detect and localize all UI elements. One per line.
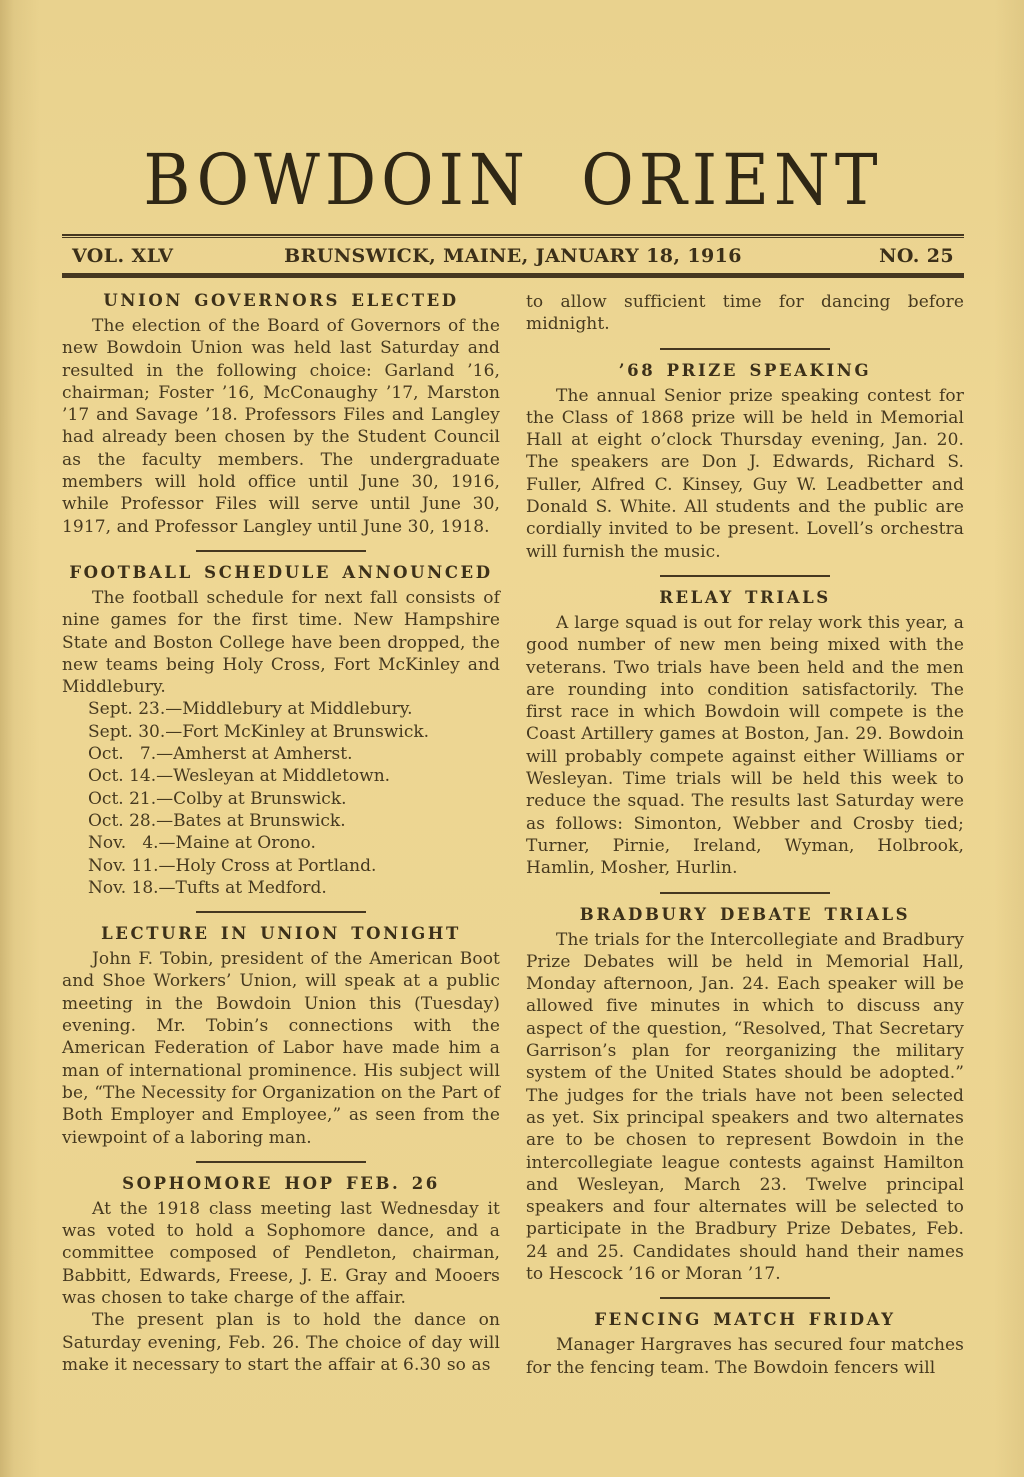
article-paragraph: The present plan is to hold the dance on… <box>62 1309 500 1376</box>
newspaper-page: BOWDOIN ORIENT VOL. XLV BRUNSWICK, MAINE… <box>0 0 1024 1477</box>
article-paragraph: The trials for the Intercollegiate and B… <box>526 929 964 1286</box>
article-divider <box>660 1297 830 1299</box>
article-sophomore-hop-feb-26: SOPHOMORE HOP FEB. 26At the 1918 class m… <box>62 1174 500 1376</box>
article-divider <box>660 575 830 577</box>
article-paragraph: At the 1918 class meeting last Wednesday… <box>62 1198 500 1309</box>
schedule-item: Oct. 21.—Colby at Brunswick. <box>62 788 500 810</box>
article-paragraph: A large squad is out for relay work this… <box>526 612 964 880</box>
schedule-item: Nov. 4.—Maine at Orono. <box>62 832 500 854</box>
schedule-item: Nov. 18.—Tufts at Medford. <box>62 877 500 899</box>
article-paragraph: The election of the Board of Governors o… <box>62 315 500 538</box>
schedule-item: Oct. 28.—Bates at Brunswick. <box>62 810 500 832</box>
volume-label: VOL. XLV <box>72 245 173 267</box>
article-heading: FENCING MATCH FRIDAY <box>526 1310 964 1329</box>
article-divider <box>196 550 366 552</box>
article-heading: FOOTBALL SCHEDULE ANNOUNCED <box>62 563 500 582</box>
article-relay-trials: RELAY TRIALSA large squad is out for rel… <box>526 588 964 880</box>
article-divider <box>660 892 830 894</box>
article-football-schedule-announced: FOOTBALL SCHEDULE ANNOUNCEDThe football … <box>62 563 500 899</box>
article-paragraph: The annual Senior prize speaking contest… <box>526 385 964 563</box>
article-sophomore-hop-continuation: to allow sufficient time for dancing bef… <box>526 291 964 336</box>
article-divider <box>196 1161 366 1163</box>
article-bradbury-debate-trials: BRADBURY DEBATE TRIALSThe trials for the… <box>526 905 964 1286</box>
article-lecture-in-union-tonight: LECTURE IN UNION TONIGHTJohn F. Tobin, p… <box>62 924 500 1149</box>
article-paragraph: Manager Hargraves has secured four match… <box>526 1334 964 1379</box>
schedule-item: Nov. 11.—Holy Cross at Portland. <box>62 855 500 877</box>
schedule-item: Oct. 14.—Wesleyan at Middletown. <box>62 765 500 787</box>
schedule-item: Oct. 7.—Amherst at Amherst. <box>62 743 500 765</box>
article-68-prize-speaking: ’68 PRIZE SPEAKINGThe annual Senior priz… <box>526 361 964 563</box>
article-heading: RELAY TRIALS <box>526 588 964 607</box>
article-heading: BRADBURY DEBATE TRIALS <box>526 905 964 924</box>
right-column: to allow sufficient time for dancing bef… <box>526 291 964 1379</box>
article-heading: LECTURE IN UNION TONIGHT <box>62 924 500 943</box>
schedule-item: Sept. 23.—Middlebury at Middlebury. <box>62 698 500 720</box>
masthead: BOWDOIN ORIENT VOL. XLV BRUNSWICK, MAINE… <box>62 152 964 278</box>
article-union-governors-elected: UNION GOVERNORS ELECTEDThe election of t… <box>62 291 500 538</box>
article-paragraph: The football schedule for next fall cons… <box>62 587 500 698</box>
article-fencing-match-friday: FENCING MATCH FRIDAYManager Hargraves ha… <box>526 1310 964 1379</box>
article-paragraph: John F. Tobin, president of the American… <box>62 948 500 1149</box>
article-divider <box>196 911 366 913</box>
dateline: BRUNSWICK, MAINE, JANUARY 18, 1916 <box>284 245 742 267</box>
dateline-row: VOL. XLV BRUNSWICK, MAINE, JANUARY 18, 1… <box>62 238 964 273</box>
article-paragraph: to allow sufficient time for dancing bef… <box>526 291 964 336</box>
article-heading: UNION GOVERNORS ELECTED <box>62 291 500 310</box>
left-column: UNION GOVERNORS ELECTEDThe election of t… <box>62 291 500 1379</box>
article-heading: ’68 PRIZE SPEAKING <box>526 361 964 380</box>
article-columns: UNION GOVERNORS ELECTEDThe election of t… <box>62 291 964 1379</box>
masthead-rule-bottom <box>62 273 964 278</box>
schedule-item: Sept. 30.—Fort McKinley at Brunswick. <box>62 721 500 743</box>
masthead-title: BOWDOIN ORIENT <box>62 146 964 216</box>
article-divider <box>660 348 830 350</box>
article-heading: SOPHOMORE HOP FEB. 26 <box>62 1174 500 1193</box>
issue-number: NO. 25 <box>879 245 954 267</box>
